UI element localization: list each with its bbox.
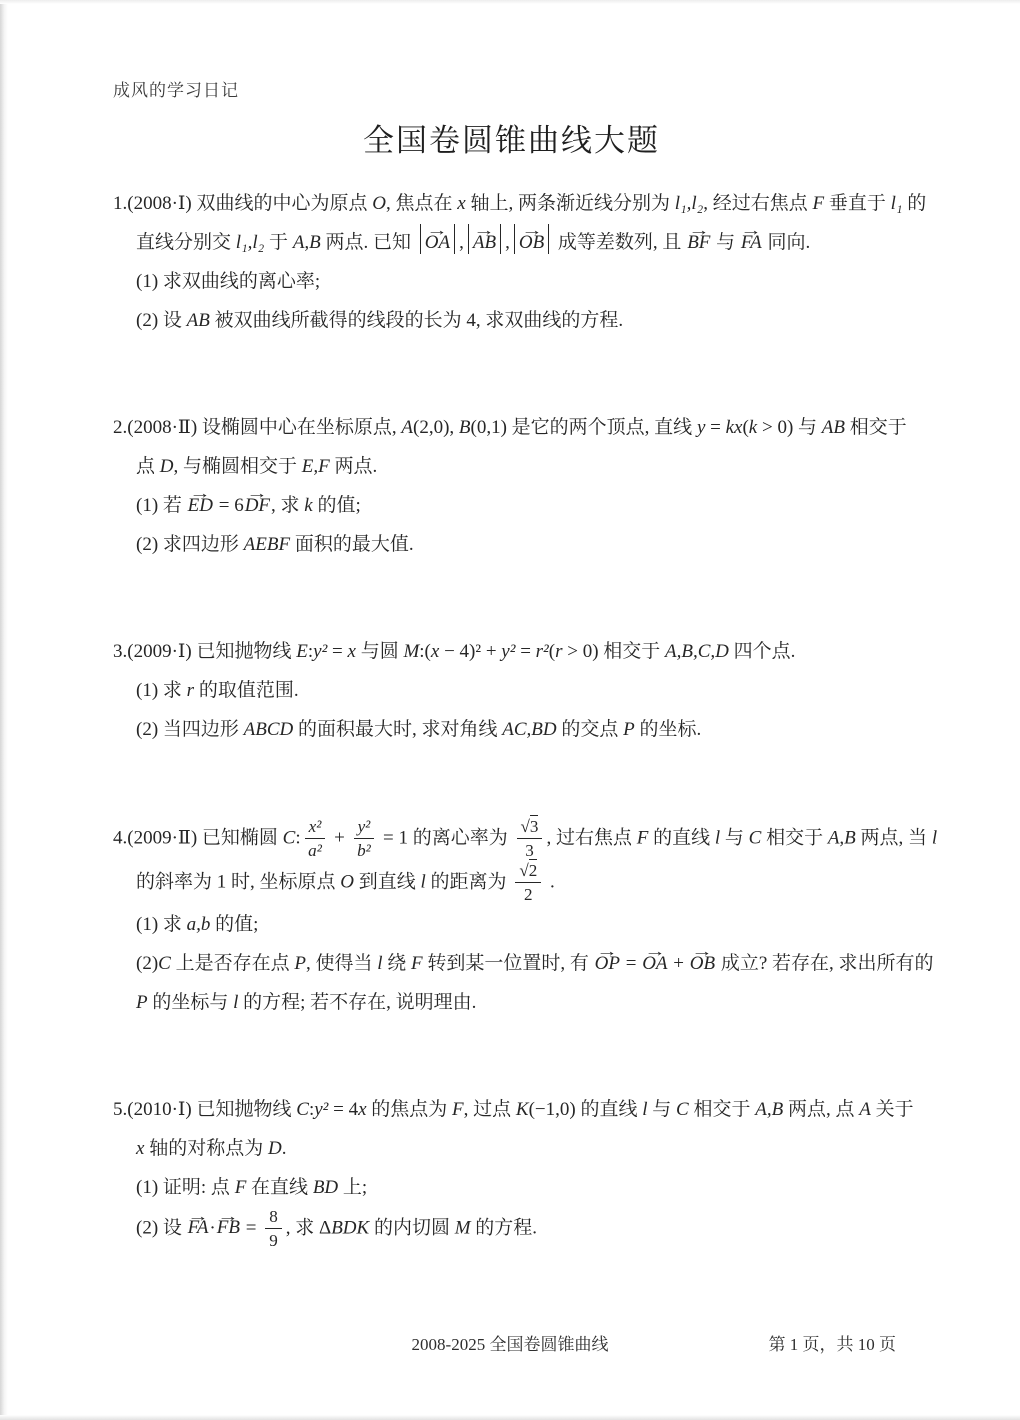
problem-line: (2) 当四边形 ABCD 的面积最大时, 求对角线 AC,BD 的交点 P 的… xyxy=(113,710,910,749)
text-run: , 求 Δ xyxy=(286,1217,331,1238)
text-run: , 求 xyxy=(271,495,304,516)
math-var: l xyxy=(932,827,937,848)
math-var: x xyxy=(358,1099,366,1120)
text-run: 相交于 xyxy=(689,1099,756,1120)
fraction-denominator: a² xyxy=(308,839,322,860)
text-run: 的焦点为 xyxy=(367,1099,453,1120)
math-var: AEBF xyxy=(244,534,290,555)
fraction-numerator: √3 xyxy=(517,817,543,839)
math-var: kx xyxy=(726,417,743,438)
problem-line: (2)C 上是否存在点 P, 使得当 l 绕 F 转到某一位置时, 有 OP =… xyxy=(113,944,910,983)
text-run: : xyxy=(295,827,300,848)
math-var: B xyxy=(459,417,471,438)
text-run: > 0) 相交于 xyxy=(562,641,665,662)
fraction-denominator: b² xyxy=(357,839,371,860)
problem-line: 直线分别交 l₁,l₂ 于 A,B 两点. 已知 OA,AB,OB 成等差数列,… xyxy=(113,223,910,262)
problem-line: 2.(2008·Ⅱ) 设椭圆中心在坐标原点, A(2,0), B(0,1) 是它… xyxy=(113,408,910,447)
text-run: 直线分别交 xyxy=(136,232,236,253)
problem-line: (1) 求 r 的取值范围. xyxy=(113,671,910,710)
text-run: 关于 xyxy=(871,1099,914,1120)
text-run: 3.(2009·Ⅰ) 已知抛物线 xyxy=(113,641,296,662)
fraction-denominator: 9 xyxy=(269,1229,278,1250)
abs-bar xyxy=(500,224,501,253)
math-var: F xyxy=(235,1177,247,1198)
text-run: 上是否存在点 xyxy=(171,953,295,974)
problem-line: 点 D, 与椭圆相交于 E,F 两点. xyxy=(113,447,910,486)
text-run: , xyxy=(505,232,510,253)
text-run: , 焦点在 xyxy=(386,193,457,214)
problem-line: 5.(2010·Ⅰ) 已知抛物线 C:y² = 4x 的焦点为 F, 过点 K(… xyxy=(113,1090,910,1129)
vector-term: FB xyxy=(216,1208,241,1247)
problem-line: x 轴的对称点为 D. xyxy=(113,1129,910,1168)
text-run: , xyxy=(459,232,464,253)
math-var: F xyxy=(637,827,649,848)
vector-term: BF xyxy=(686,223,711,262)
text-run: 的坐标. xyxy=(635,719,702,740)
abs-bar xyxy=(548,224,549,253)
text-run: 的直线 xyxy=(648,827,715,848)
text-run: (0,1) 是它的两个顶点, 直线 xyxy=(471,417,697,438)
text-run: = xyxy=(241,1217,261,1238)
math-var: O xyxy=(340,871,354,892)
text-run: (1) 求 xyxy=(136,914,187,935)
vector-term: ED xyxy=(187,486,214,525)
text-run: , 过点 xyxy=(464,1099,516,1120)
abs-vector: OA xyxy=(417,223,458,262)
text-run: = 1 的离心率为 xyxy=(378,827,512,848)
math-var: F xyxy=(452,1099,464,1120)
text-run: (2) 求四边形 xyxy=(136,534,244,555)
text-run: 相交于 xyxy=(761,827,828,848)
problem: 4.(2009·Ⅱ) 已知椭圆 C:x²a² + y²b² = 1 的离心率为 … xyxy=(113,817,910,1022)
text-run: , 与椭圆相交于 xyxy=(174,456,302,477)
problem-list: 1.(2008·Ⅰ) 双曲线的中心为原点 O, 焦点在 x 轴上, 两条渐近线分… xyxy=(113,184,910,1251)
math-var: y² xyxy=(501,641,515,662)
math-var: C xyxy=(749,827,762,848)
text-run: 两点, 点 xyxy=(783,1099,859,1120)
math-var: C xyxy=(158,953,171,974)
math-var: y² xyxy=(314,1099,328,1120)
abs-bar xyxy=(468,224,469,253)
text-run: + xyxy=(329,827,349,848)
text-run: 轴的对称点为 xyxy=(144,1138,268,1159)
text-run: = xyxy=(705,417,725,438)
math-var: E,F xyxy=(302,456,330,477)
math-var: r² xyxy=(536,641,549,662)
text-run: 同向. xyxy=(763,232,811,253)
problem: 3.(2009·Ⅰ) 已知抛物线 E:y² = x 与圆 M:(x − 4)² … xyxy=(113,632,910,749)
problem-line: (2) 设 AB 被双曲线所截得的线段的长为 4, 求双曲线的方程. xyxy=(113,301,910,340)
math-var: M xyxy=(455,1217,471,1238)
vector-term: FA xyxy=(740,223,763,262)
text-run: 垂直于 xyxy=(824,193,891,214)
math-var: r xyxy=(187,680,194,701)
math-var: l₁ xyxy=(891,193,903,214)
math-var: C xyxy=(283,827,296,848)
text-run: 转到某一位置时, 有 xyxy=(423,953,594,974)
radical-sign: √ xyxy=(519,861,528,880)
text-run: (1) 若 xyxy=(136,495,187,516)
text-run: 5.(2010·Ⅰ) 已知抛物线 xyxy=(113,1099,296,1120)
math-var: k xyxy=(749,417,757,438)
vector-term: OA xyxy=(424,223,451,262)
problem-line: (1) 求双曲线的离心率; xyxy=(113,262,910,301)
math-var: E xyxy=(296,641,308,662)
watermark-header: 成风的学习日记 xyxy=(113,76,910,101)
text-run: 两点. xyxy=(330,456,378,477)
text-run: (2,0), xyxy=(413,417,459,438)
text-run: 两点, 当 xyxy=(856,827,932,848)
math-var: A,B xyxy=(828,827,856,848)
math-var: BDK xyxy=(331,1217,369,1238)
text-run: 到直线 xyxy=(354,871,421,892)
text-run: 在直线 xyxy=(246,1177,313,1198)
text-run: (2) 设 xyxy=(136,1217,187,1238)
fraction-denominator: 2 xyxy=(524,883,533,904)
math-var: A,B xyxy=(755,1099,783,1120)
math-var: l₁,l₂ xyxy=(675,193,704,214)
text-run: 与 xyxy=(648,1099,677,1120)
text-run: 绕 xyxy=(383,953,412,974)
math-var: ABCD xyxy=(244,719,294,740)
math-var: C xyxy=(676,1099,689,1120)
fraction-numerator: y² xyxy=(354,817,375,839)
text-run: 的 xyxy=(903,193,927,214)
math-var: D xyxy=(268,1138,282,1159)
abs-bar xyxy=(514,224,515,253)
text-run: . xyxy=(282,1138,287,1159)
math-var: l₁,l₂ xyxy=(236,232,265,253)
abs-bar xyxy=(420,224,421,253)
text-run: 成立? 若存在, 求出所有的 xyxy=(716,953,933,974)
problem-line: 1.(2008·Ⅰ) 双曲线的中心为原点 O, 焦点在 x 轴上, 两条渐近线分… xyxy=(113,184,910,223)
math-var: C xyxy=(296,1099,309,1120)
text-run: (1) 证明: 点 xyxy=(136,1177,235,1198)
vector-term: OB xyxy=(518,223,545,262)
problem: 2.(2008·Ⅱ) 设椭圆中心在坐标原点, A(2,0), B(0,1) 是它… xyxy=(113,408,910,564)
text-run: 的交点 xyxy=(557,719,624,740)
text-run: 的面积最大时, 求对角线 xyxy=(293,719,502,740)
problem-line: P 的坐标与 l 的方程; 若不存在, 说明理由. xyxy=(113,983,910,1022)
vector-term: OA xyxy=(641,944,668,983)
math-var: M xyxy=(403,641,419,662)
text-run: (2) 设 xyxy=(136,310,187,331)
problem: 1.(2008·Ⅰ) 双曲线的中心为原点 O, 焦点在 x 轴上, 两条渐近线分… xyxy=(113,184,910,340)
radical-sign: √ xyxy=(521,817,530,836)
text-run: 的距离为 xyxy=(426,871,512,892)
math-var: K xyxy=(516,1099,529,1120)
math-var: x xyxy=(457,193,465,214)
page-title: 全国卷圆锥曲线大题 xyxy=(113,115,910,160)
text-run: 面积的最大值. xyxy=(290,534,414,555)
text-run: , 过右焦点 xyxy=(546,827,636,848)
fraction: x²a² xyxy=(305,817,326,861)
text-run: 两点. 已知 xyxy=(321,232,416,253)
fraction-numerator: x² xyxy=(305,817,326,839)
math-var: O xyxy=(372,193,386,214)
text-run: 1.(2008·Ⅰ) 双曲线的中心为原点 xyxy=(113,193,372,214)
fraction: 89 xyxy=(265,1207,282,1251)
sqrt-fraction: √22 xyxy=(515,861,541,905)
text-run: 轴上, 两条渐近线分别为 xyxy=(466,193,675,214)
text-run: 与 xyxy=(711,232,740,253)
text-run: 相交于 xyxy=(845,417,907,438)
math-var: A xyxy=(859,1099,871,1120)
text-run: = xyxy=(621,953,641,974)
math-var: AB xyxy=(187,310,210,331)
vector-term: FA xyxy=(187,1208,210,1247)
fraction-denominator: 3 xyxy=(525,839,534,860)
math-var: A,B xyxy=(293,232,321,253)
page-top-edge xyxy=(0,0,1020,4)
text-run: (1) 求双曲线的离心率; xyxy=(136,271,320,292)
document-page: 成风的学习日记 全国卷圆锥曲线大题 1.(2008·Ⅰ) 双曲线的中心为原点 O… xyxy=(0,0,1020,1420)
text-run: = xyxy=(327,641,347,662)
math-var: BD xyxy=(313,1177,338,1198)
text-run: 四个点. xyxy=(729,641,796,662)
vector-term: OB xyxy=(689,944,716,983)
math-var: D xyxy=(160,456,174,477)
math-var: A xyxy=(401,417,413,438)
text-run: = xyxy=(515,641,535,662)
footer-page-number: 第 1 页，共 10 页 xyxy=(769,1330,897,1355)
radicand: 2 xyxy=(529,859,538,880)
text-run: = 4 xyxy=(328,1099,358,1120)
text-run: 被双曲线所截得的线段的长为 4, 求双曲线的方程. xyxy=(210,310,623,331)
math-var: A,B,C,D xyxy=(665,641,729,662)
math-var: P xyxy=(294,953,306,974)
abs-vector: OB xyxy=(511,223,552,262)
math-var: P xyxy=(136,992,148,1013)
text-run: 的方程. xyxy=(471,1217,538,1238)
vector-term: DF xyxy=(244,486,271,525)
text-run: 2.(2008·Ⅱ) 设椭圆中心在坐标原点, xyxy=(113,417,401,438)
math-var: F xyxy=(411,953,423,974)
math-var: a,b xyxy=(187,914,211,935)
problem-line: (1) 若 ED = 6DF, 求 k 的值; xyxy=(113,486,910,525)
problem: 5.(2010·Ⅰ) 已知抛物线 C:y² = 4x 的焦点为 F, 过点 K(… xyxy=(113,1090,910,1251)
problem-line: 的斜率为 1 时, 坐标原点 O 到直线 l 的距离为 √22 . xyxy=(113,861,910,905)
text-run: 的取值范围. xyxy=(194,680,299,701)
problem-line: 3.(2009·Ⅰ) 已知抛物线 E:y² = x 与圆 M:(x − 4)² … xyxy=(113,632,910,671)
vector-term: AB xyxy=(472,223,497,262)
vector-term: OP xyxy=(594,944,621,983)
problem-line: (2) 设 FA·FB = 89, 求 ΔBDK 的内切圆 M 的方程. xyxy=(113,1207,910,1251)
math-var: x xyxy=(348,641,356,662)
text-run: 于 xyxy=(264,232,293,253)
text-run: 4.(2009·Ⅱ) 已知椭圆 xyxy=(113,827,283,848)
math-var: F xyxy=(813,193,825,214)
problem-line: (1) 求 a,b 的值; xyxy=(113,905,910,944)
text-run: 点 xyxy=(136,456,160,477)
text-run: 成等差数列, 且 xyxy=(553,232,686,253)
math-var: P xyxy=(623,719,635,740)
fraction: y²b² xyxy=(354,817,375,861)
text-run: (1) 求 xyxy=(136,680,187,701)
problem-line: 4.(2009·Ⅱ) 已知椭圆 C:x²a² + y²b² = 1 的离心率为 … xyxy=(113,817,910,861)
text-run: , 经过右焦点 xyxy=(703,193,812,214)
text-run: 与圆 xyxy=(356,641,404,662)
text-run: − 4)² + xyxy=(439,641,501,662)
math-var: AB xyxy=(822,417,845,438)
math-var: k xyxy=(304,495,312,516)
text-run: 与 xyxy=(720,827,749,848)
text-run: 上; xyxy=(338,1177,367,1198)
text-run: (2) 当四边形 xyxy=(136,719,244,740)
fraction-numerator: √2 xyxy=(515,861,541,883)
abs-vector: AB xyxy=(465,223,504,262)
radicand: 3 xyxy=(530,815,539,836)
text-run: , 使得当 xyxy=(306,953,377,974)
text-run: 的内切圆 xyxy=(369,1217,455,1238)
text-run: (2) xyxy=(136,953,158,974)
fraction-numerator: 8 xyxy=(265,1207,282,1229)
text-run: + xyxy=(669,953,689,974)
text-run: = 6 xyxy=(214,495,244,516)
text-run: 的方程; 若不存在, 说明理由. xyxy=(238,992,476,1013)
abs-bar xyxy=(454,224,455,253)
text-run: 的值; xyxy=(313,495,361,516)
text-run: (−1,0) 的直线 xyxy=(529,1099,643,1120)
text-run: 的坐标与 xyxy=(148,992,234,1013)
text-run: > 0) 与 xyxy=(757,417,822,438)
text-run: . xyxy=(545,871,555,892)
text-run: :( xyxy=(419,641,431,662)
text-run: 的值; xyxy=(210,914,258,935)
math-var: y² xyxy=(313,641,327,662)
sqrt-fraction: √33 xyxy=(517,817,543,861)
problem-line: (2) 求四边形 AEBF 面积的最大值. xyxy=(113,525,910,564)
text-run: 的斜率为 1 时, 坐标原点 xyxy=(136,871,340,892)
math-var: AC,BD xyxy=(502,719,556,740)
